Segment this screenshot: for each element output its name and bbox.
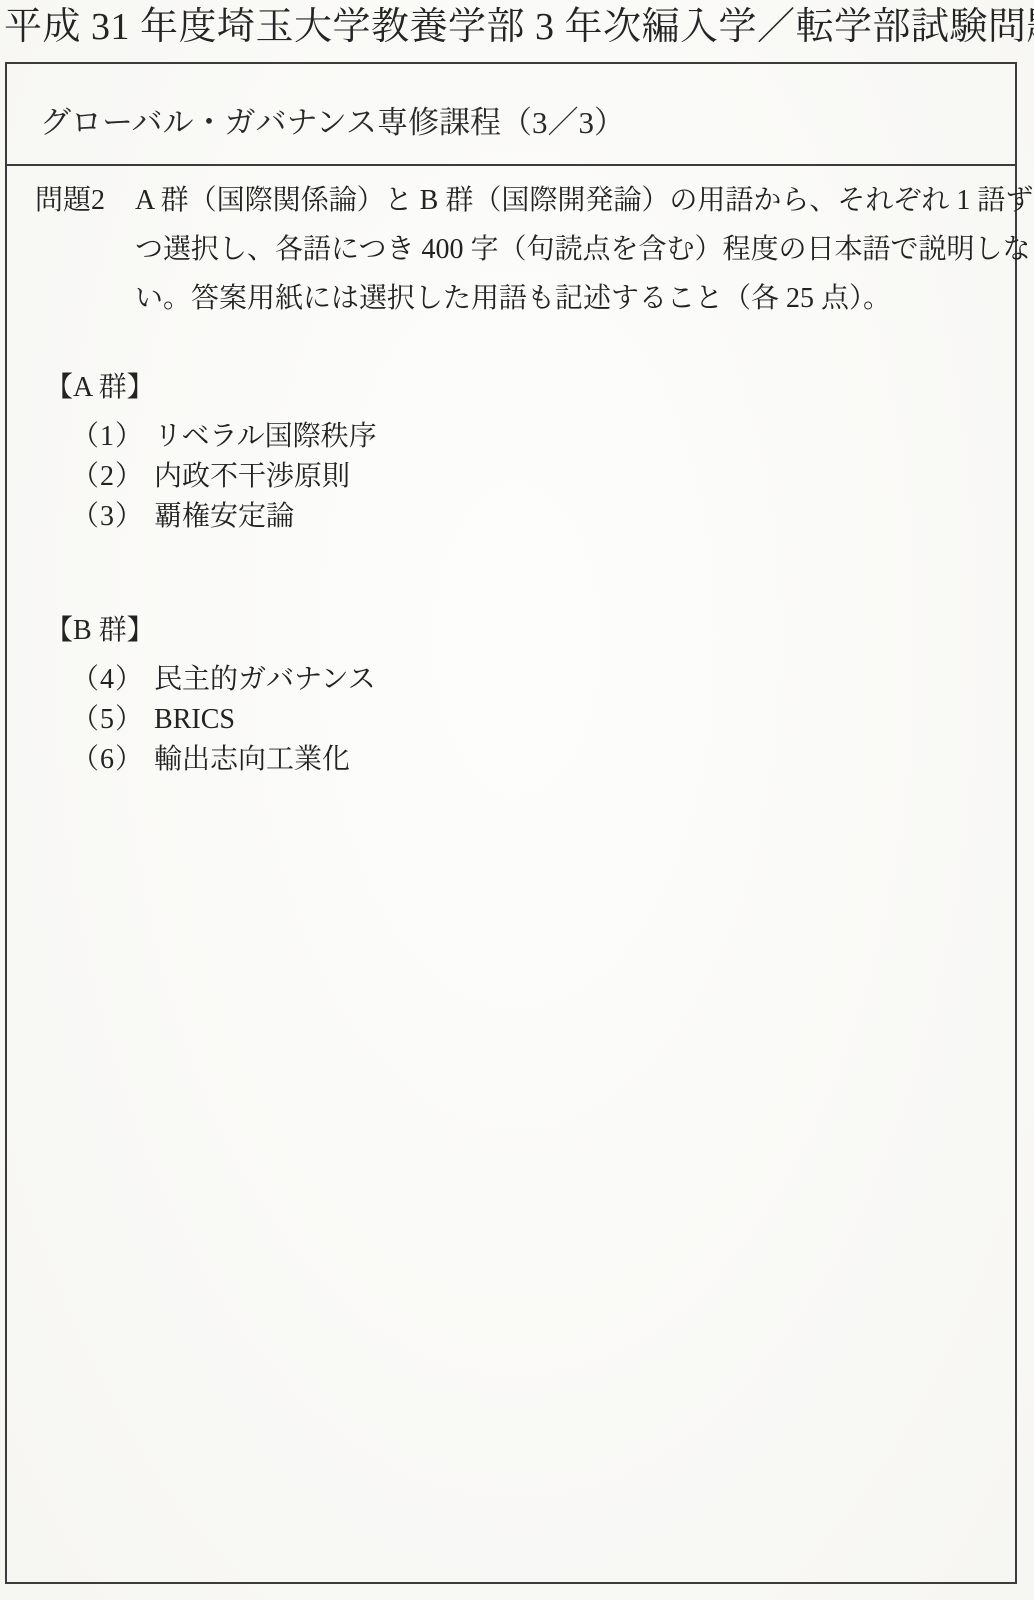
question-line: つ選択し、各語につき 400 字（句読点を含む）程度の日本語で説明しなさ (135, 225, 1000, 274)
item-number: （2） (71, 457, 144, 497)
list-item: （5）BRICS (71, 700, 376, 740)
group-a: 【A 群】 （1）リベラル国際秩序 （2）内政不干渉原則 （3）覇権安定論 (45, 373, 377, 537)
item-number: （5） (71, 700, 144, 740)
item-term: 民主的ガバナンス (154, 660, 376, 700)
list-item: （4）民主的ガバナンス (71, 660, 376, 700)
group-b-heading: 【B 群】 (45, 616, 376, 646)
question-text: A 群（国際関係論）と B 群（国際開発論）の用語から、それぞれ 1 語ず つ選… (135, 176, 1000, 323)
item-term: 内政不干渉原則 (154, 457, 350, 497)
scanned-exam-page: { "document": { "title": "平成 31 年度埼玉大学教養… (0, 0, 1034, 1600)
list-item: （1）リベラル国際秩序 (71, 417, 377, 457)
group-a-heading: 【A 群】 (45, 373, 377, 403)
group-a-items: （1）リベラル国際秩序 （2）内政不干渉原則 （3）覇権安定論 (71, 417, 377, 537)
group-b-items: （4）民主的ガバナンス （5）BRICS （6）輸出志向工業化 (71, 660, 376, 780)
item-number: （6） (71, 740, 144, 780)
item-term: BRICS (154, 700, 235, 740)
item-term: 覇権安定論 (154, 497, 294, 537)
question-line: A 群（国際関係論）と B 群（国際開発論）の用語から、それぞれ 1 語ず (135, 176, 1000, 225)
item-term: リベラル国際秩序 (154, 417, 377, 457)
list-item: （2）内政不干渉原則 (71, 457, 377, 497)
item-term: 輸出志向工業化 (154, 740, 350, 780)
item-number: （4） (71, 660, 144, 700)
question-label: 問題2 (35, 178, 105, 218)
exam-frame: グローバル・ガバナンス専修課程（3／3） 問題2 A 群（国際関係論）と B 群… (5, 62, 1017, 1584)
question-line: い。答案用紙には選択した用語も記述すること（各 25 点）。 (135, 274, 1000, 323)
group-b: 【B 群】 （4）民主的ガバナンス （5）BRICS （6）輸出志向工業化 (45, 616, 376, 780)
list-item: （6）輸出志向工業化 (71, 740, 376, 780)
item-number: （1） (71, 417, 144, 457)
exam-title: 平成 31 年度埼玉大学教養学部 3 年次編入学／転学部試験問題 (4, 4, 1030, 50)
frame-header: グローバル・ガバナンス専修課程（3／3） (7, 64, 1015, 166)
item-number: （3） (71, 497, 144, 537)
course-header: グローバル・ガバナンス専修課程（3／3） (40, 97, 625, 142)
list-item: （3）覇権安定論 (71, 497, 377, 537)
